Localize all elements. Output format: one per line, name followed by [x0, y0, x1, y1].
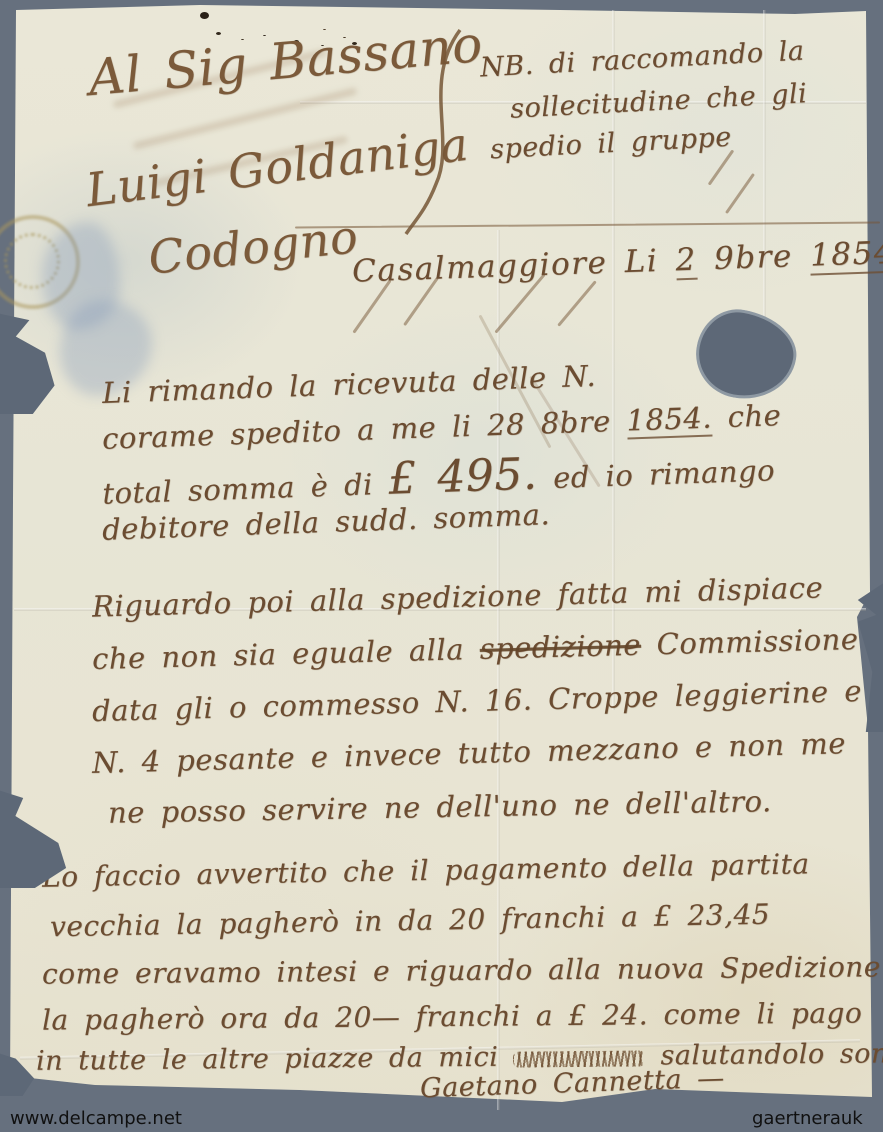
brace-flourish — [398, 26, 470, 241]
dateline-month: 9bre — [696, 238, 811, 278]
letter-text: che — [711, 398, 781, 434]
crossed-out-word: spedizione — [479, 628, 641, 666]
watermark-delcampe: www.delcampe.net — [10, 1108, 182, 1129]
dateline-day: 2 — [675, 242, 698, 281]
scribbled-out-word — [513, 1050, 645, 1067]
letter-text: Commissione — [641, 622, 859, 662]
dateline-year: 1854. — [809, 234, 883, 275]
watermark-gaertner: gaertnerauk — [752, 1108, 863, 1129]
amount-lire: £ 495. — [387, 449, 538, 505]
hole-gap — [596, 382, 714, 386]
letter-scan: Al Sig Bassano Luigi Goldaniga Codogno N… — [0, 0, 883, 1132]
underlined-year: 1854. — [626, 401, 713, 440]
ink-specks — [200, 12, 209, 19]
letter-text: ed io rimango — [537, 453, 776, 495]
